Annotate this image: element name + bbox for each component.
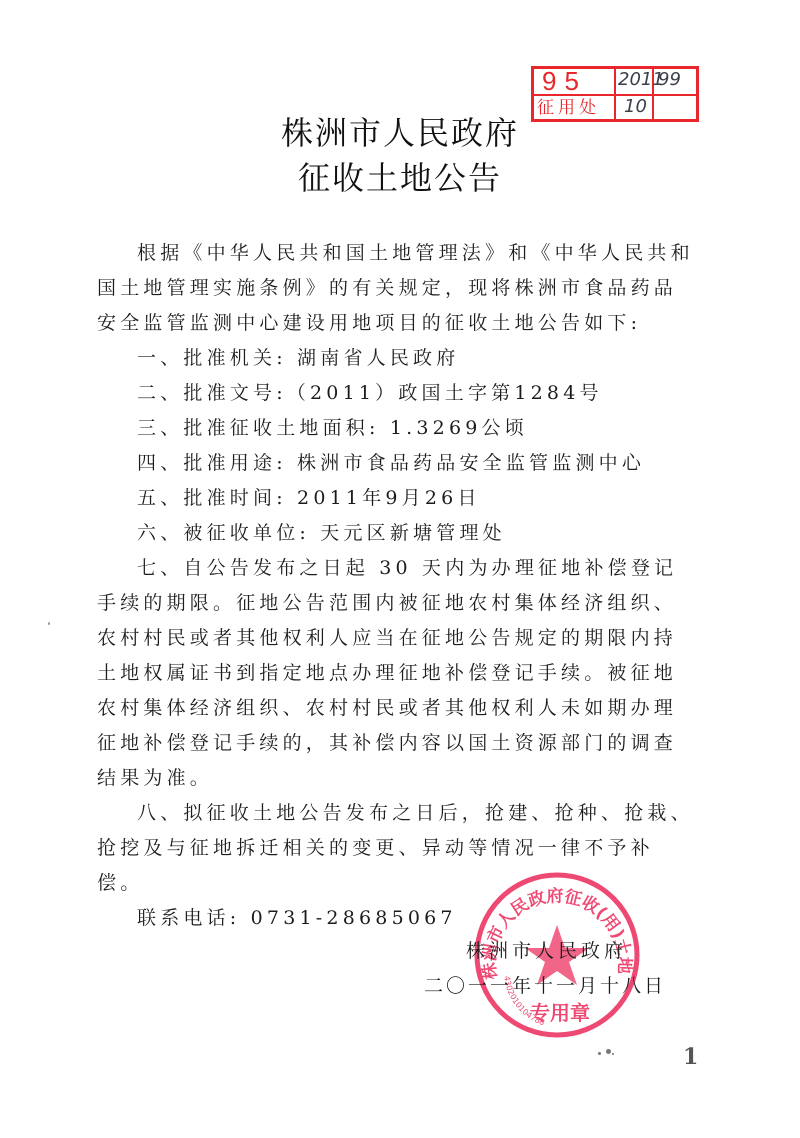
document-page: 95 征用处 2011 99 10 株洲市人民政府 征收土地公告 根据《中华人民… — [0, 0, 800, 1138]
scan-speck — [598, 1052, 601, 1055]
item-approval-date: 五、批准时间: 2011年9月26日 — [97, 481, 697, 516]
document-title-issuer: 株洲市人民政府 — [0, 108, 800, 154]
intro-paragraph: 根据《中华人民共和国土地管理法》和《中华人民共和国土地管理实施条例》的有关规定，… — [97, 236, 697, 341]
scan-speck — [606, 1049, 611, 1054]
document-title: 征收土地公告 — [0, 153, 800, 199]
item-approval-number: 二、批准文号:（2011）政国土字第1284号 — [97, 376, 697, 411]
page-number: 1 — [683, 1044, 698, 1070]
item-approved-use: 四、批准用途: 株洲市食品药品安全监管监测中心 — [97, 446, 697, 481]
stamp-serial: 99 — [658, 68, 681, 92]
stamp-year: 2011 — [618, 68, 664, 92]
scan-speck — [48, 622, 50, 625]
scan-speck — [612, 1053, 614, 1055]
stamp-number: 95 — [542, 67, 587, 95]
document-body: 根据《中华人民共和国土地管理法》和《中华人民共和国土地管理实施条例》的有关规定，… — [97, 236, 697, 936]
item-expropriated-unit: 六、被征收单位: 天元区新塘管理处 — [97, 516, 697, 551]
signature-date: 二〇一一年十一月十八日 — [424, 971, 666, 998]
signature-organization: 株洲市人民政府 — [466, 936, 627, 963]
item-approval-authority: 一、批准机关: 湖南省人民政府 — [97, 341, 697, 376]
clause-registration-period: 七、自公告发布之日起 30 天内为办理征地补偿登记手续的期限。征地公告范围内被征… — [97, 551, 697, 796]
item-land-area: 三、批准征收土地面积: 1.3269公顷 — [97, 411, 697, 446]
